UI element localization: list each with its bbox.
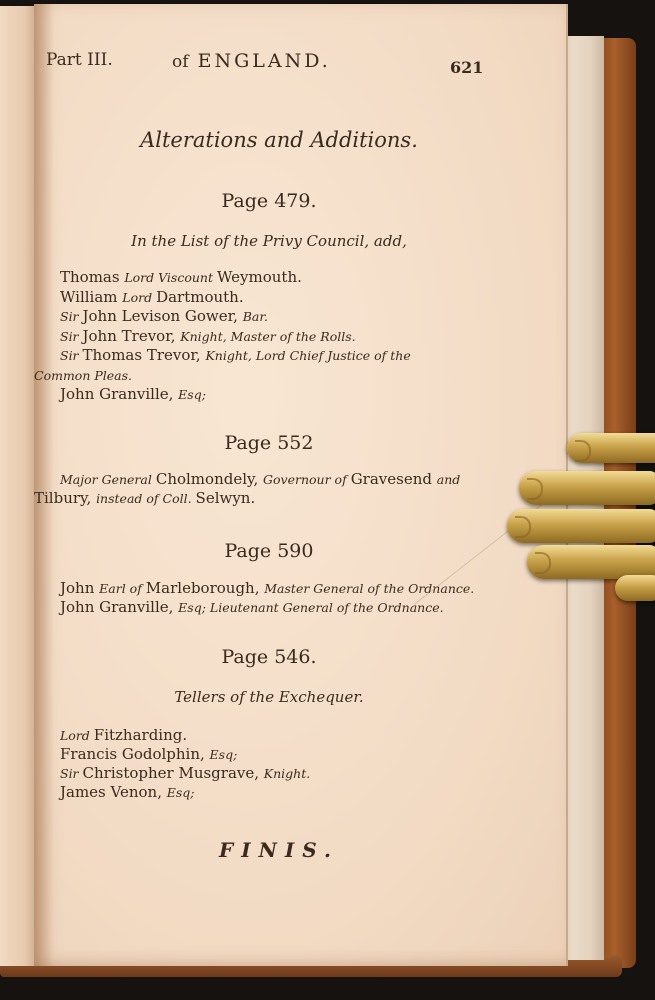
entry-line: John Granville, Esq; [60,385,500,404]
exchequer-subheading: Tellers of the Exchequer. [34,688,504,706]
page-heading-552: Page 552 [34,432,504,454]
entry-line: Sir Christopher Musgrave, Knight. [60,764,500,783]
entry-line: Francis Godolphin, Esq; [60,745,500,764]
brass-hand-page-holder [505,425,655,605]
entry-line: Sir John Levison Gower, Bar. [60,307,500,326]
brass-finger-icon [507,509,655,543]
entry-line: Thomas Lord Viscount Weymouth. [60,268,500,287]
entry-line: John Granville, Esq; Lieutenant General … [60,598,500,617]
brass-thumb-icon [615,575,655,601]
part-label: Part III. [46,50,113,70]
entry-line: Lord Fitzharding. [60,726,500,745]
brass-finger-icon [567,433,655,463]
entry-line: Major General Cholmondely, Governour of … [60,470,500,489]
brass-finger-icon [527,545,655,579]
entry-line: James Venon, Esq; [60,783,500,802]
entry-line: Sir Thomas Trevor, Knight, Lord Chief Ju… [60,346,500,365]
section-title: Alterations and Additions. [44,128,514,152]
brass-finger-icon [519,471,655,505]
finis: FINIS. [44,838,514,862]
privy-council-subheading: In the List of the Privy Council, add, [34,232,504,250]
page-heading-590: Page 590 [34,540,504,562]
running-head: Part III. of ENGLAND. 621 [46,50,546,80]
entry-line: Sir John Trevor, Knight, Master of the R… [60,327,500,346]
page-number: 621 [450,58,483,77]
running-title: of ENGLAND. [172,50,331,72]
page-heading-479: Page 479. [34,190,504,212]
entry-line: Common Pleas. [34,366,474,385]
page-heading-546: Page 546. [34,646,504,668]
entry-line: William Lord Dartmouth. [60,288,500,307]
book-page: Part III. of ENGLAND. 621 Alterations an… [34,4,568,966]
entry-line: Tilbury, instead of Coll. Selwyn. [34,489,474,508]
